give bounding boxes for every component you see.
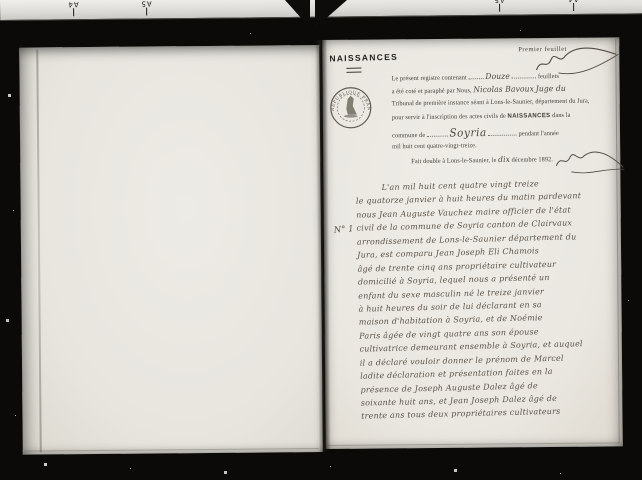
form-text: Le présent registre contenant	[392, 74, 467, 82]
page-right-edge	[615, 39, 620, 443]
dotted-fill-line	[468, 72, 483, 79]
handwritten-fill-day: dix	[498, 155, 510, 164]
handwritten-fill-judge-name: Nicolas Bavoux	[473, 84, 534, 94]
calibration-label: A5	[133, 0, 159, 8]
microfilm-scan-frame: A4 A5 A5 A4 NAISSANCE	[0, 0, 642, 480]
form-line-6: mil huit cent quatre-vingt-treize.	[392, 142, 477, 150]
film-calibration-mark: A5	[486, 0, 512, 12]
title-rule-ornament	[346, 68, 361, 73]
handwritten-fill-judge-title: Juge du	[536, 84, 566, 93]
form-text: pendant l'année	[519, 130, 559, 138]
frame-blip-triangle-icon	[283, 0, 349, 30]
form-text: pour servir à l'inscription des actes ci…	[392, 113, 506, 122]
form-text: Fait double à Lons-le-Saunier, le	[411, 157, 496, 165]
page-crease-line	[36, 49, 42, 452]
page-title: NAISSANCES	[329, 52, 398, 64]
right-page-register: NAISSANCES Premier feuillet RÉPUBLIQUE F…	[322, 37, 623, 449]
film-dust-specks	[0, 0, 1, 1]
left-page-blank	[19, 45, 323, 455]
handwritten-fill-commune-name: Soyria	[449, 126, 487, 140]
calibration-label: A5	[486, 0, 512, 4]
calibration-label: A4	[560, 0, 586, 3]
form-line-3: Tribunal de première instance séant à Lo…	[392, 98, 590, 108]
form-text: dans la	[552, 112, 570, 119]
form-text: a été coté et paraphé par Nous,	[392, 87, 472, 95]
form-line-5: commune de Soyria pendant l'année	[392, 125, 559, 140]
seal-figure-icon	[346, 96, 357, 115]
form-text-naissances-bold: NAISSANCES	[507, 112, 550, 120]
handwritten-birth-act: L'an mil huit cent quatre vingt treize l…	[355, 176, 613, 424]
form-text: commune de	[392, 132, 425, 139]
form-text: décembre 1892.	[512, 156, 553, 164]
film-calibration-mark: A5	[133, 0, 159, 16]
act-number-margin-note: N° 1	[333, 224, 354, 236]
calibration-tick	[146, 7, 147, 15]
judge-signature-scrawl	[551, 143, 629, 182]
tribunal-seal-stamp: RÉPUBLIQUE FRANÇAISE	[327, 84, 375, 132]
calibration-tick	[573, 3, 574, 11]
film-calibration-mark: A4	[60, 0, 86, 16]
form-line-4: pour servir à l'inscription des actes ci…	[392, 112, 571, 122]
film-calibration-mark: A4	[560, 0, 586, 11]
dotted-fill-line	[488, 129, 517, 136]
calibration-tick	[73, 8, 74, 16]
register-book-spread: NAISSANCES Premier feuillet RÉPUBLIQUE F…	[19, 37, 623, 456]
calibration-label: A4	[60, 0, 86, 8]
judge-signature-scrawl	[530, 41, 622, 78]
handwritten-fill-feuillets-count: Douze	[485, 72, 510, 81]
page-bottom-edge	[328, 442, 619, 446]
page-bottom-edge	[25, 448, 319, 452]
calibration-tick	[499, 4, 500, 12]
dotted-fill-line	[427, 130, 448, 137]
form-line-7: Fait double à Lons-le-Saunier, le dix dé…	[411, 154, 553, 165]
form-line-2: a été coté et paraphé par Nous, Nicolas …	[392, 84, 566, 95]
